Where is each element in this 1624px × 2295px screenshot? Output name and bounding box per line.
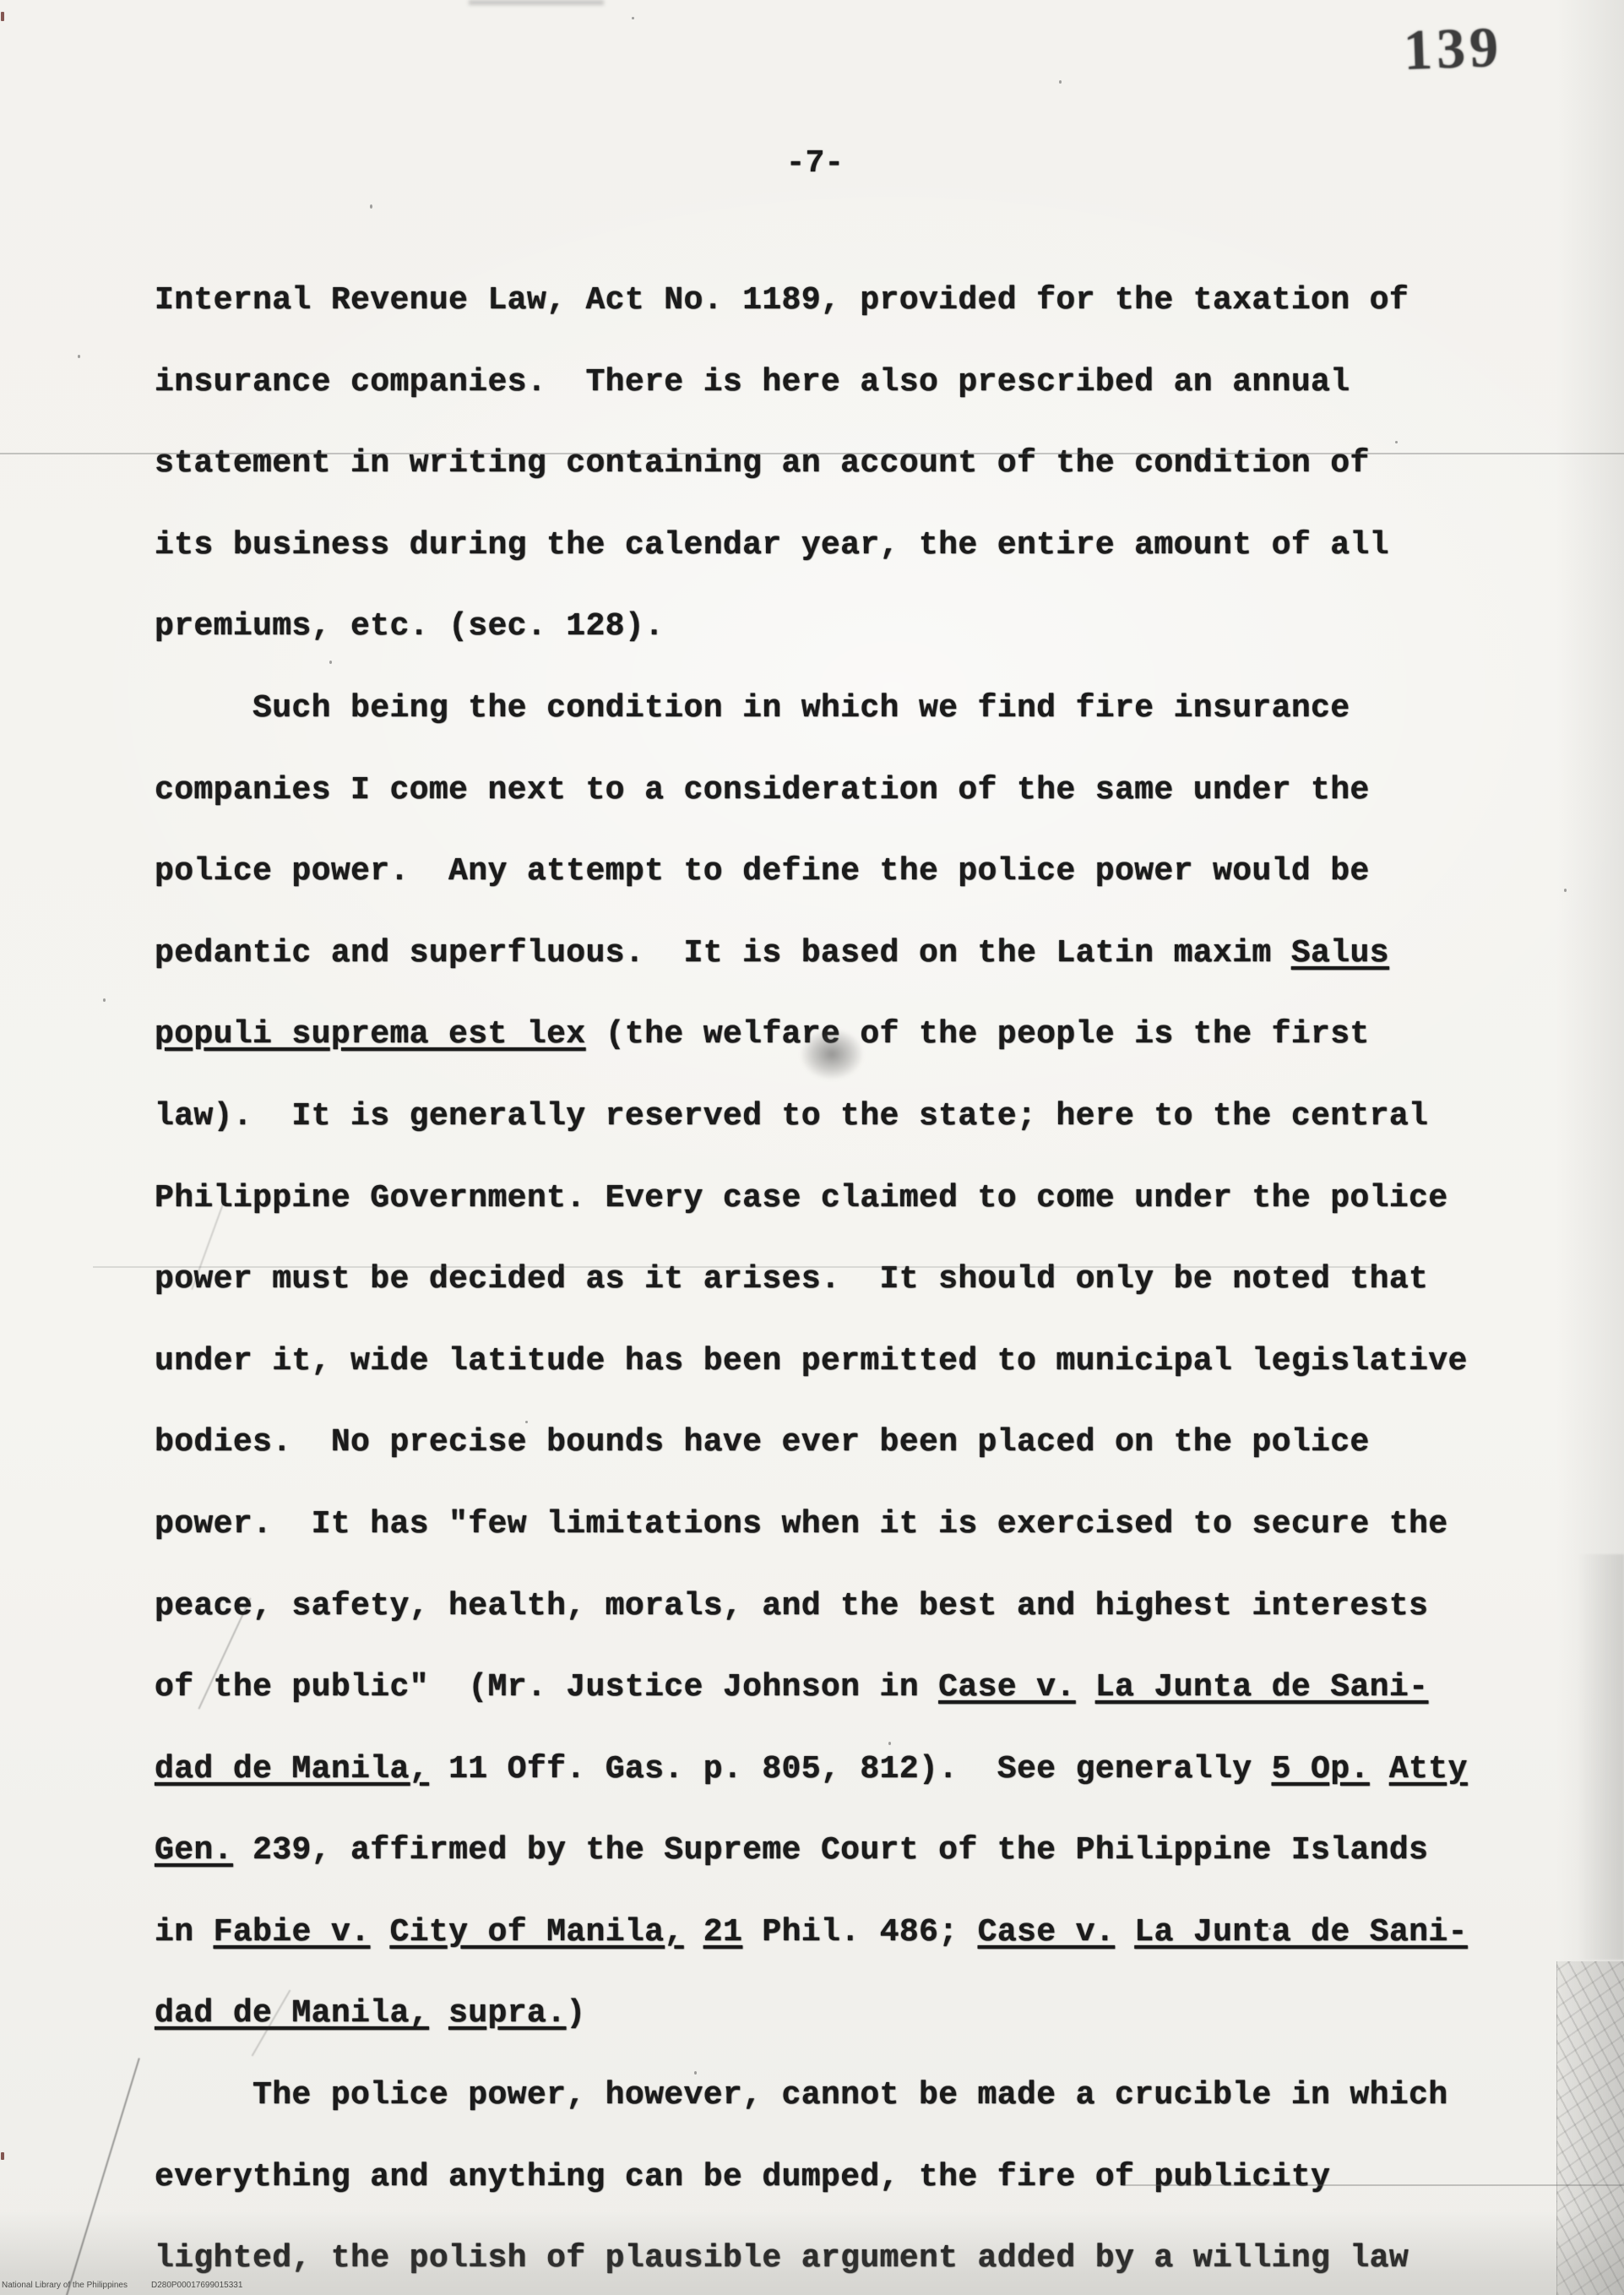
scan-line-artifact [1123, 2184, 1624, 2186]
underlined-citation: 5 Op. [1272, 1751, 1370, 1787]
text-run: Such being the condition in which we fin… [155, 690, 1350, 726]
typewritten-line: Philippine Government. Every case claime… [155, 1158, 1540, 1240]
dust-speck [1395, 441, 1398, 443]
underlined-citation: La Junta de Sani- [1134, 1914, 1467, 1950]
underlined-citation: Atty [1389, 1751, 1468, 1787]
underlined-citation: Case v. [938, 1669, 1075, 1705]
typewritten-line: statement in writing containing an accou… [155, 423, 1540, 505]
watermark-code-label: D280P00017699015331 [151, 2281, 242, 2290]
scanner-edge-smudge [469, 0, 604, 5]
underlined-citation: Salus [1291, 935, 1389, 971]
dust-speck [370, 204, 372, 209]
typewritten-line: premiums, etc. (sec. 128). [155, 586, 1540, 668]
underlined-citation: 21 [703, 1914, 742, 1950]
text-run [370, 1914, 389, 1950]
edge-mark [1, 2152, 4, 2160]
typewritten-line: dad de Manila, 11 Off. Gas. p. 805, 812)… [155, 1729, 1540, 1811]
typewritten-line: Such being the condition in which we fin… [155, 668, 1540, 750]
footer-watermark: National Library of the PhilippinesD280P… [2, 2281, 242, 2290]
underlined-citation: populi suprema est lex [155, 1016, 585, 1052]
text-run: under it, wide latitude has been permitt… [155, 1343, 1468, 1379]
watermark-org-label: National Library of the Philippines [2, 2281, 128, 2290]
typewritten-line: its business during the calendar year, t… [155, 505, 1540, 587]
text-run [684, 1914, 703, 1950]
dust-speck [525, 1421, 528, 1423]
typewritten-line: power must be decided as it arises. It s… [155, 1239, 1540, 1321]
text-run: (the welfare of the people is the first [585, 1016, 1369, 1052]
scanner-edge-streak [1578, 1554, 1624, 1960]
typewritten-line: dad de Manila, supra.) [155, 1973, 1540, 2055]
scan-line-artifact [0, 453, 1624, 454]
text-run: 11 Off. Gas. p. 805, 812). See generally [429, 1751, 1272, 1787]
scan-line-artifact [93, 1266, 1377, 1268]
typewritten-line: law). It is generally reserved to the st… [155, 1076, 1540, 1158]
dust-speck [103, 998, 106, 1002]
typewritten-text-block: Internal Revenue Law, Act No. 1189, prov… [155, 260, 1540, 2295]
typewritten-line: The police power, however, cannot be mad… [155, 2055, 1540, 2137]
typewritten-line: insurance companies. There is here also … [155, 342, 1540, 424]
underlined-citation: dad de Manila, [155, 1751, 429, 1787]
underlined-citation: Case v. [978, 1914, 1115, 1950]
text-run: power. It has "few limitations when it i… [155, 1506, 1447, 1542]
text-run: in [155, 1914, 214, 1950]
text-run: peace, safety, health, morals, and the b… [155, 1588, 1428, 1624]
dust-speck [1564, 889, 1567, 892]
text-run: of the public" (Mr. Justice Johnson in [155, 1669, 938, 1705]
dust-speck [1268, 1928, 1271, 1930]
text-run: The police power, however, cannot be mad… [155, 2077, 1447, 2113]
typewritten-line: peace, safety, health, morals, and the b… [155, 1566, 1540, 1648]
scanner-bottom-shading [0, 2211, 1624, 2295]
page-header-number: -7- [743, 145, 887, 182]
text-run [1115, 1914, 1134, 1950]
text-run: 239, affirmed by the Supreme Court of th… [233, 1832, 1428, 1868]
ink-smudge-artifact [801, 1029, 863, 1080]
text-run: everything and anything can be dumped, t… [155, 2159, 1330, 2195]
page-number-stamp: 139 [1403, 14, 1504, 84]
typewritten-line: everything and anything can be dumped, t… [155, 2137, 1540, 2219]
text-run: insurance companies. There is here also … [155, 364, 1350, 400]
text-run: its business during the calendar year, t… [155, 527, 1389, 563]
typewritten-line: companies I come next to a consideration… [155, 750, 1540, 832]
underlined-citation: City of Manila, [389, 1914, 683, 1950]
typewritten-line: pedantic and superfluous. It is based on… [155, 913, 1540, 995]
text-run [429, 1995, 448, 2031]
typewritten-line: Internal Revenue Law, Act No. 1189, prov… [155, 260, 1540, 342]
document-page: 139 -7- Internal Revenue Law, Act No. 11… [0, 0, 1624, 2295]
underlined-citation: dad de Manila, [155, 1995, 429, 2031]
text-run: police power. Any attempt to define the … [155, 853, 1370, 889]
text-run: Philippine Government. Every case claime… [155, 1180, 1447, 1216]
dust-speck [694, 2071, 697, 2075]
dust-speck [329, 661, 332, 664]
dust-speck [888, 1742, 891, 1745]
typewritten-line: under it, wide latitude has been permitt… [155, 1321, 1540, 1403]
edge-mark [1, 12, 4, 21]
underlined-citation: Fabie v. [214, 1914, 371, 1950]
dust-speck [1059, 80, 1062, 84]
underlined-citation: Gen. [155, 1832, 233, 1868]
typewritten-line: police power. Any attempt to define the … [155, 831, 1540, 913]
dust-speck [632, 17, 634, 19]
typewritten-line: Gen. 239, affirmed by the Supreme Court … [155, 1810, 1540, 1892]
text-run: statement in writing containing an accou… [155, 445, 1370, 481]
text-run: Phil. 486; [742, 1914, 977, 1950]
text-run: premiums, etc. (sec. 128). [155, 608, 664, 644]
dust-speck [78, 355, 80, 358]
text-run: ) [566, 1995, 585, 2031]
dust-speck [784, 297, 786, 300]
underlined-citation: La Junta de Sani- [1095, 1669, 1428, 1705]
underlined-citation: supra. [448, 1995, 566, 2031]
text-run: law). It is generally reserved to the st… [155, 1098, 1428, 1134]
text-run: pedantic and superfluous. It is based on… [155, 935, 1291, 971]
text-run: bodies. No precise bounds have ever been… [155, 1424, 1370, 1460]
text-run: companies I come next to a consideration… [155, 772, 1370, 808]
typewritten-line: bodies. No precise bounds have ever been… [155, 1402, 1540, 1484]
typewritten-line: of the public" (Mr. Justice Johnson in C… [155, 1647, 1540, 1729]
text-run: Internal Revenue Law, Act No. 1189, prov… [155, 282, 1409, 318]
text-run [1076, 1669, 1095, 1705]
typewritten-line: power. It has "few limitations when it i… [155, 1484, 1540, 1566]
typewritten-line: in Fabie v. City of Manila, 21 Phil. 486… [155, 1892, 1540, 1974]
text-run [1370, 1751, 1389, 1787]
